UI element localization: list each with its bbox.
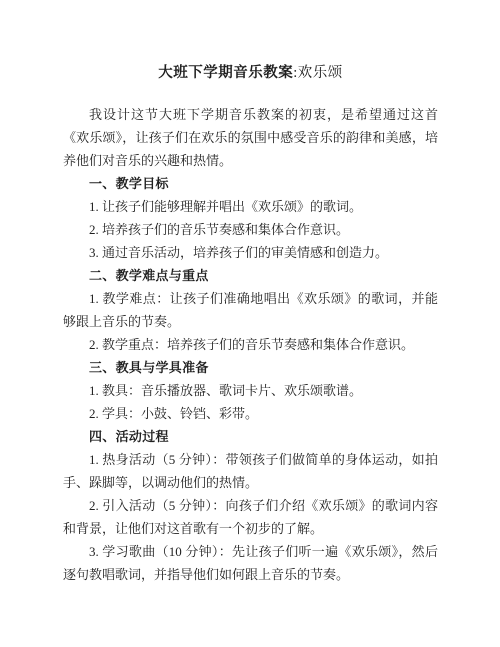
section-heading-activity-process: 四、活动过程 (63, 425, 438, 448)
list-item: 2. 引入活动（5 分钟）：向孩子们介绍《欢乐颂》的歌词内容和背景，让他们对这首… (63, 494, 438, 540)
section-heading-teaching-goals: 一、教学目标 (63, 172, 438, 195)
list-item: 1. 教学难点：让孩子们准确地唱出《欢乐颂》的歌词，并能够跟上音乐的节奏。 (63, 287, 438, 333)
list-item: 3. 学习歌曲（10 分钟）：先让孩子们听一遍《欢乐颂》，然后逐句教唱歌词，并指… (63, 540, 438, 586)
intro-paragraph: 我设计这节大班下学期音乐教案的初衷，是希望通过这首《欢乐颂》，让孩子们在欢乐的氛… (63, 103, 438, 172)
list-item: 3. 通过音乐活动，培养孩子们的审美情感和创造力。 (63, 241, 438, 264)
section-heading-materials: 三、教具与学具准备 (63, 356, 438, 379)
document-title-subject: :欢乐颂 (293, 65, 343, 81)
document-page: 大班下学期音乐教案:欢乐颂 我设计这节大班下学期音乐教案的初衷，是希望通过这首《… (0, 0, 500, 647)
document-title: 大班下学期音乐教案:欢乐颂 (63, 64, 438, 82)
document-title-main: 大班下学期音乐教案 (158, 65, 293, 81)
section-heading-difficulties-focus: 二、教学难点与重点 (63, 264, 438, 287)
list-item: 1. 热身活动（5 分钟）：带领孩子们做简单的身体运动，如拍手、跺脚等，以调动他… (63, 448, 438, 494)
list-item: 1. 让孩子们能够理解并唱出《欢乐颂》的歌词。 (63, 195, 438, 218)
list-item: 2. 教学重点：培养孩子们的音乐节奏感和集体合作意识。 (63, 333, 438, 356)
list-item: 2. 培养孩子们的音乐节奏感和集体合作意识。 (63, 218, 438, 241)
list-item: 2. 学具：小鼓、铃铛、彩带。 (63, 402, 438, 425)
list-item: 1. 教具：音乐播放器、歌词卡片、欢乐颂歌谱。 (63, 379, 438, 402)
